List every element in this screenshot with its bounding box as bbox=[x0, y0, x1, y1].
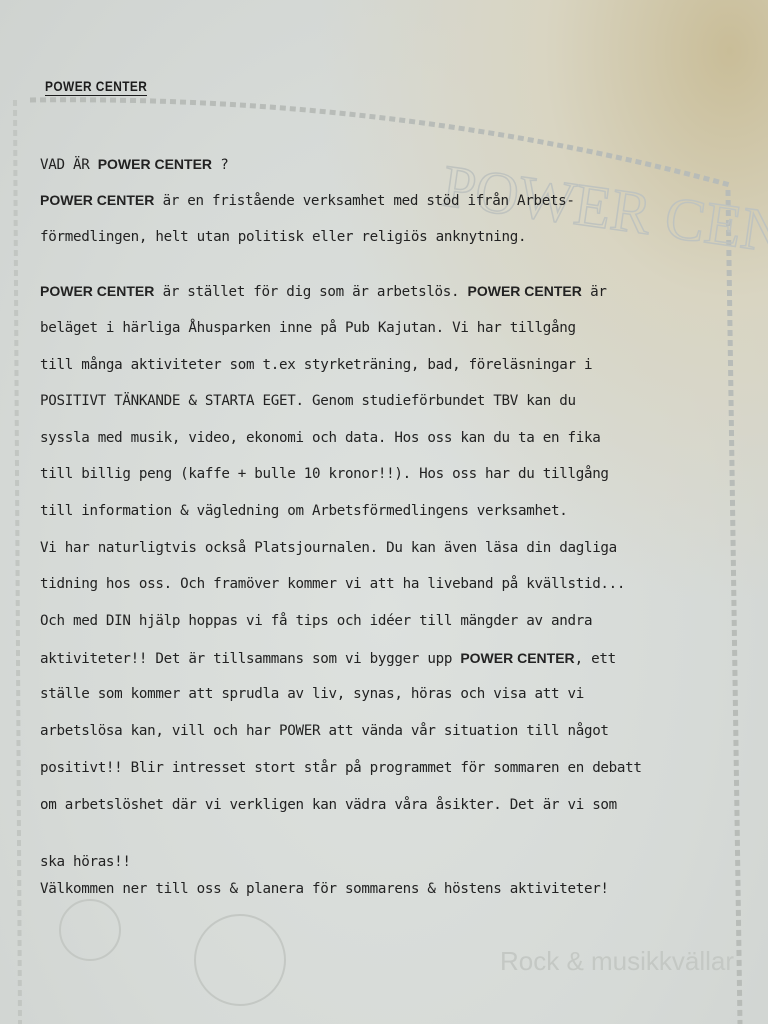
text-line: beläget i härliga Åhusparken inne på Pub… bbox=[40, 320, 576, 336]
text-line: positivt!! Blir intresset stort står på … bbox=[40, 760, 642, 776]
text-line: POWER CENTER är stället för dig som är a… bbox=[40, 283, 607, 300]
text-line: syssla med musik, video, ekonomi och dat… bbox=[40, 430, 600, 446]
document-title: POWER CENTER bbox=[45, 78, 147, 96]
text-line: förmedlingen, helt utan politisk eller r… bbox=[40, 229, 526, 245]
text-line: om arbetslöshet där vi verkligen kan väd… bbox=[40, 797, 617, 813]
text-line: till information & vägledning om Arbetsf… bbox=[40, 503, 567, 519]
text-line: aktiviteter!! Det är tillsammans som vi … bbox=[40, 650, 616, 667]
text-line: POWER CENTER är en fristående verksamhet… bbox=[40, 192, 575, 209]
svg-text:Rock & musikkvällar: Rock & musikkvällar bbox=[500, 946, 734, 976]
text-line: ställe som kommer att sprudla av liv, sy… bbox=[40, 686, 584, 702]
text-line: arbetslösa kan, vill och har POWER att v… bbox=[40, 723, 609, 739]
heading-question: VAD ÄR POWER CENTER ? bbox=[40, 156, 229, 173]
text-line: Välkommen ner till oss & planera för som… bbox=[40, 881, 609, 897]
text-line: POSITIVT TÄNKANDE & STARTA EGET. Genom s… bbox=[40, 393, 576, 409]
text-line: tidning hos oss. Och framöver kommer vi … bbox=[40, 576, 625, 592]
text-line: ska höras!! bbox=[40, 854, 131, 870]
text-line: till billig peng (kaffe + bulle 10 krono… bbox=[40, 466, 609, 482]
text-line: Vi har naturligtvis också Platsjournalen… bbox=[40, 540, 617, 556]
svg-text:POWER CENTER: POWER CENTER bbox=[438, 153, 768, 282]
text-line: Och med DIN hjälp hoppas vi få tips och … bbox=[40, 613, 592, 629]
text-line: till många aktiviteter som t.ex styrketr… bbox=[40, 357, 592, 373]
